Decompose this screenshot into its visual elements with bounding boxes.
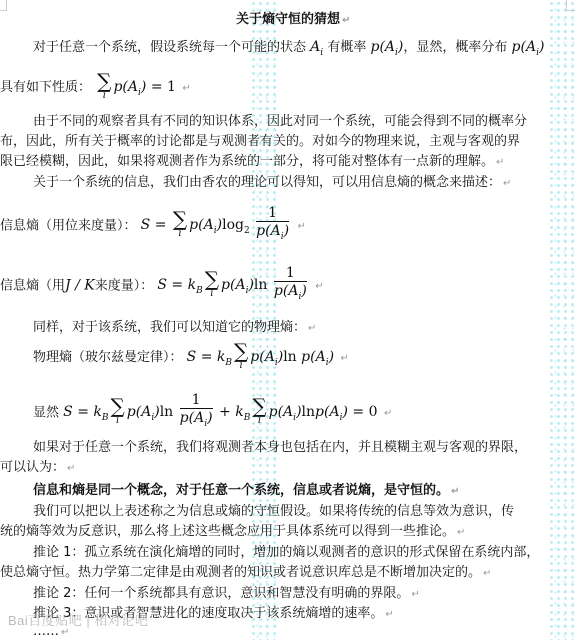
text: ，显然，概率分布 [403,40,507,55]
decorative-pattern [548,0,574,640]
formula-label: 信息熵（用 [0,278,65,293]
page-corner-mark [566,0,575,11]
formula-info-entropy-bits: 信息熵（用位来度量）： S = ∑ip(Ai)log2 1p(Ai) ↵ [0,205,306,246]
formula-label: 物理熵（玻尔兹曼定律）： [33,350,183,365]
paragraph-2-line-2: 布，因此，所有关于概率的讨论都是与观测者有关的。对如今的物理来说，主观与客观的界 [0,132,520,151]
text: 具有如下性质： [0,80,91,95]
corollary-1-line-1: 推论 1：孤立系统在演化熵增的同时，增加的熵以观测者的意识的形式保留在系统内部， [0,543,539,562]
paragraph-2-line-3: 限已经模糊，因此，如果将观测者作为系统的一部分，将可能对整体有一点新的理解。↵ [0,152,504,172]
sum-formula: ∑ip(Ai) = 1 [95,79,180,95]
paragraph-mark: ↵ [182,83,190,94]
title-text: 关于熵守恒的猜想 [236,12,340,27]
baidu-tieba-watermark: Bai百度贴吧 | 相对论吧 [8,610,148,629]
math-pAi: p(Ai) [512,39,545,55]
text: 对于任意一个系统，假设系统每一个可能的状态 [33,40,306,55]
math-pAi: p(Ai) [370,39,403,55]
bold-statement: 信息和熵是同一个概念，对于任意一个系统，信息或者说熵，是守恒的。↵ [0,481,459,501]
page-corner-mark [0,0,7,11]
paragraph-5-line-1: 如果对于任意一个系统，我们将观测者本身也包括在内，并且模糊主观与客观的界限， [0,438,527,457]
property-line: 具有如下性质： ∑ip(Ai) = 1 ↵ [0,72,191,103]
paragraph-4: 同样，对于该系统，我们可以知道它的物理熵：↵ [0,318,316,338]
paragraph-mark: ↵ [342,15,350,26]
formula-label: 显然 [33,405,59,420]
math-Ai: Ai [310,39,323,55]
corollary-2: 推论 2：任何一个系统都具有意识，意识和智慧没有明确的界限。↵ [0,584,420,604]
formula-label: 信息熵（用位来度量）： [0,218,137,233]
corollary-1-line-2: 使总熵守恒。热力学第二定律是由观测者的知识或者说意识库总是不断增加决定的。↵ [0,563,491,583]
text: 有概率 [327,40,366,55]
paragraph-6-line-2: 统的熵等效为反意识，那么将上述这些概念应用于具体系统可以得到一些推论。↵ [0,522,465,542]
paragraph-5-line-2: 可以认为：↵ [0,458,75,478]
document-title: 关于熵守恒的猜想↵ [236,10,350,30]
paragraph-2-line-1: 由于不同的观察者具有不同的知识体系，因此对同一个系统，可能会得到不同的概率分 [0,112,527,131]
paragraph-3: 关于一个系统的信息，我们由香农的理论可以得知，可以用信息熵的概念来描述：↵ [0,173,511,193]
paragraph-6-line-1: 我们可以把以上表述称之为信息或熵的守恒假设。如果将传统的信息等效为意识，传 [0,502,514,521]
formula-info-entropy-jk: 信息熵（用J / K来度量）： S = kB∑ip(Ai)ln 1p(Ai) ↵ [0,265,324,306]
formula-sum-zero: 显然 S = kB∑ip(Ai)ln 1p(Ai) + kB∑ip(Ai)lnp… [0,392,392,433]
paragraph-1: 对于任意一个系统，假设系统每一个可能的状态 Ai 有概率 p(Ai)，显然，概率… [0,38,544,63]
formula-physical-entropy: 物理熵（玻尔兹曼定律）： S = kB∑ip(Ai)ln p(Ai) ↵ [0,342,349,373]
